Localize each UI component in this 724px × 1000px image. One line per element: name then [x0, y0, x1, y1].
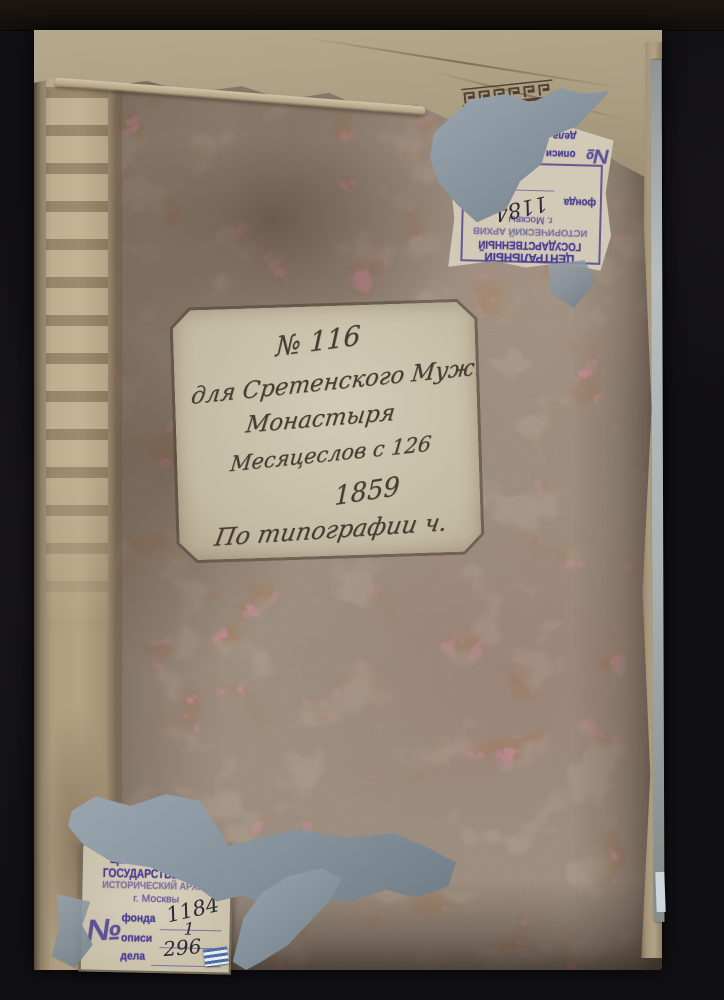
stamp-opis-label: описи [546, 147, 576, 160]
stamp-opis-label: описи [121, 932, 152, 945]
stamp-delo-value: 296 [162, 934, 202, 961]
label-line3: Месяцеслов с 126 [204, 429, 457, 479]
spine-binding-bands [46, 60, 108, 630]
stamp-fond-label: фонда [564, 196, 597, 209]
label-number: № 116 [275, 320, 361, 363]
label-year: 1859 [334, 471, 400, 512]
archival-photo-scene: ЦЕНТРАЛЬНЫЙ ГОСУДАРСТВЕННЫЙ ИСТОРИЧЕСКИЙ… [0, 0, 724, 1000]
striped-paper-scrap [203, 946, 229, 966]
background-top-band [0, 0, 724, 31]
stamp-fond-label: фонда [122, 912, 156, 925]
stamp-no-sign: № [586, 143, 610, 167]
label-line1: для Сретенского Муж. [190, 356, 463, 410]
backing-board-highlight [655, 872, 665, 912]
stamp-delo-label: дела [120, 950, 145, 963]
label-bottom-note: По типографии ч. [191, 507, 472, 554]
handwritten-cover-label: № 116 для Сретенского Муж. Монастыря Мес… [172, 301, 482, 560]
label-line2: Монастыря [244, 400, 396, 439]
